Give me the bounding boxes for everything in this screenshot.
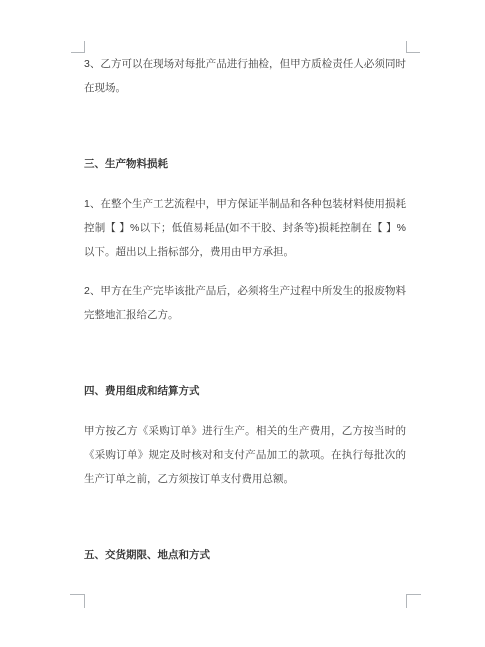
text-boundary-mark-top-left [71, 41, 85, 53]
paragraph-payment-terms: 甲方按乙方《采购订单》进行生产。相关的生产费用，乙方按当时的《采购订单》规定及时… [84, 419, 406, 491]
paragraph-scrap-report: 2、甲方在生产完毕该批产品后，必须将生产过程中所发生的报废物料完整地汇报给乙方。 [84, 279, 406, 327]
document-content: 3、乙方可以在现场对每批产品进行抽检，但甲方质检责任人必须同时在现场。 三、生产… [84, 52, 406, 583]
section-heading-material-loss: 三、生产物料损耗 [84, 152, 406, 176]
document-page: 3、乙方可以在现场对每批产品进行抽检，但甲方质检责任人必须同时在现场。 三、生产… [0, 0, 485, 647]
section-heading-cost-settlement: 四、费用组成和结算方式 [84, 379, 406, 403]
paragraph-loss-control: 1、在整个生产工艺流程中，甲方保证半制品和各种包装材料使用损耗控制【 】%以下；… [84, 192, 406, 264]
text-boundary-mark-top-right [406, 41, 420, 53]
paragraph-quality-inspection: 3、乙方可以在现场对每批产品进行抽检，但甲方质检责任人必须同时在现场。 [84, 52, 406, 100]
text-boundary-mark-bottom-left [70, 594, 85, 608]
section-heading-delivery: 五、交货期限、地点和方式 [84, 543, 406, 567]
text-boundary-mark-bottom-right [406, 594, 421, 608]
